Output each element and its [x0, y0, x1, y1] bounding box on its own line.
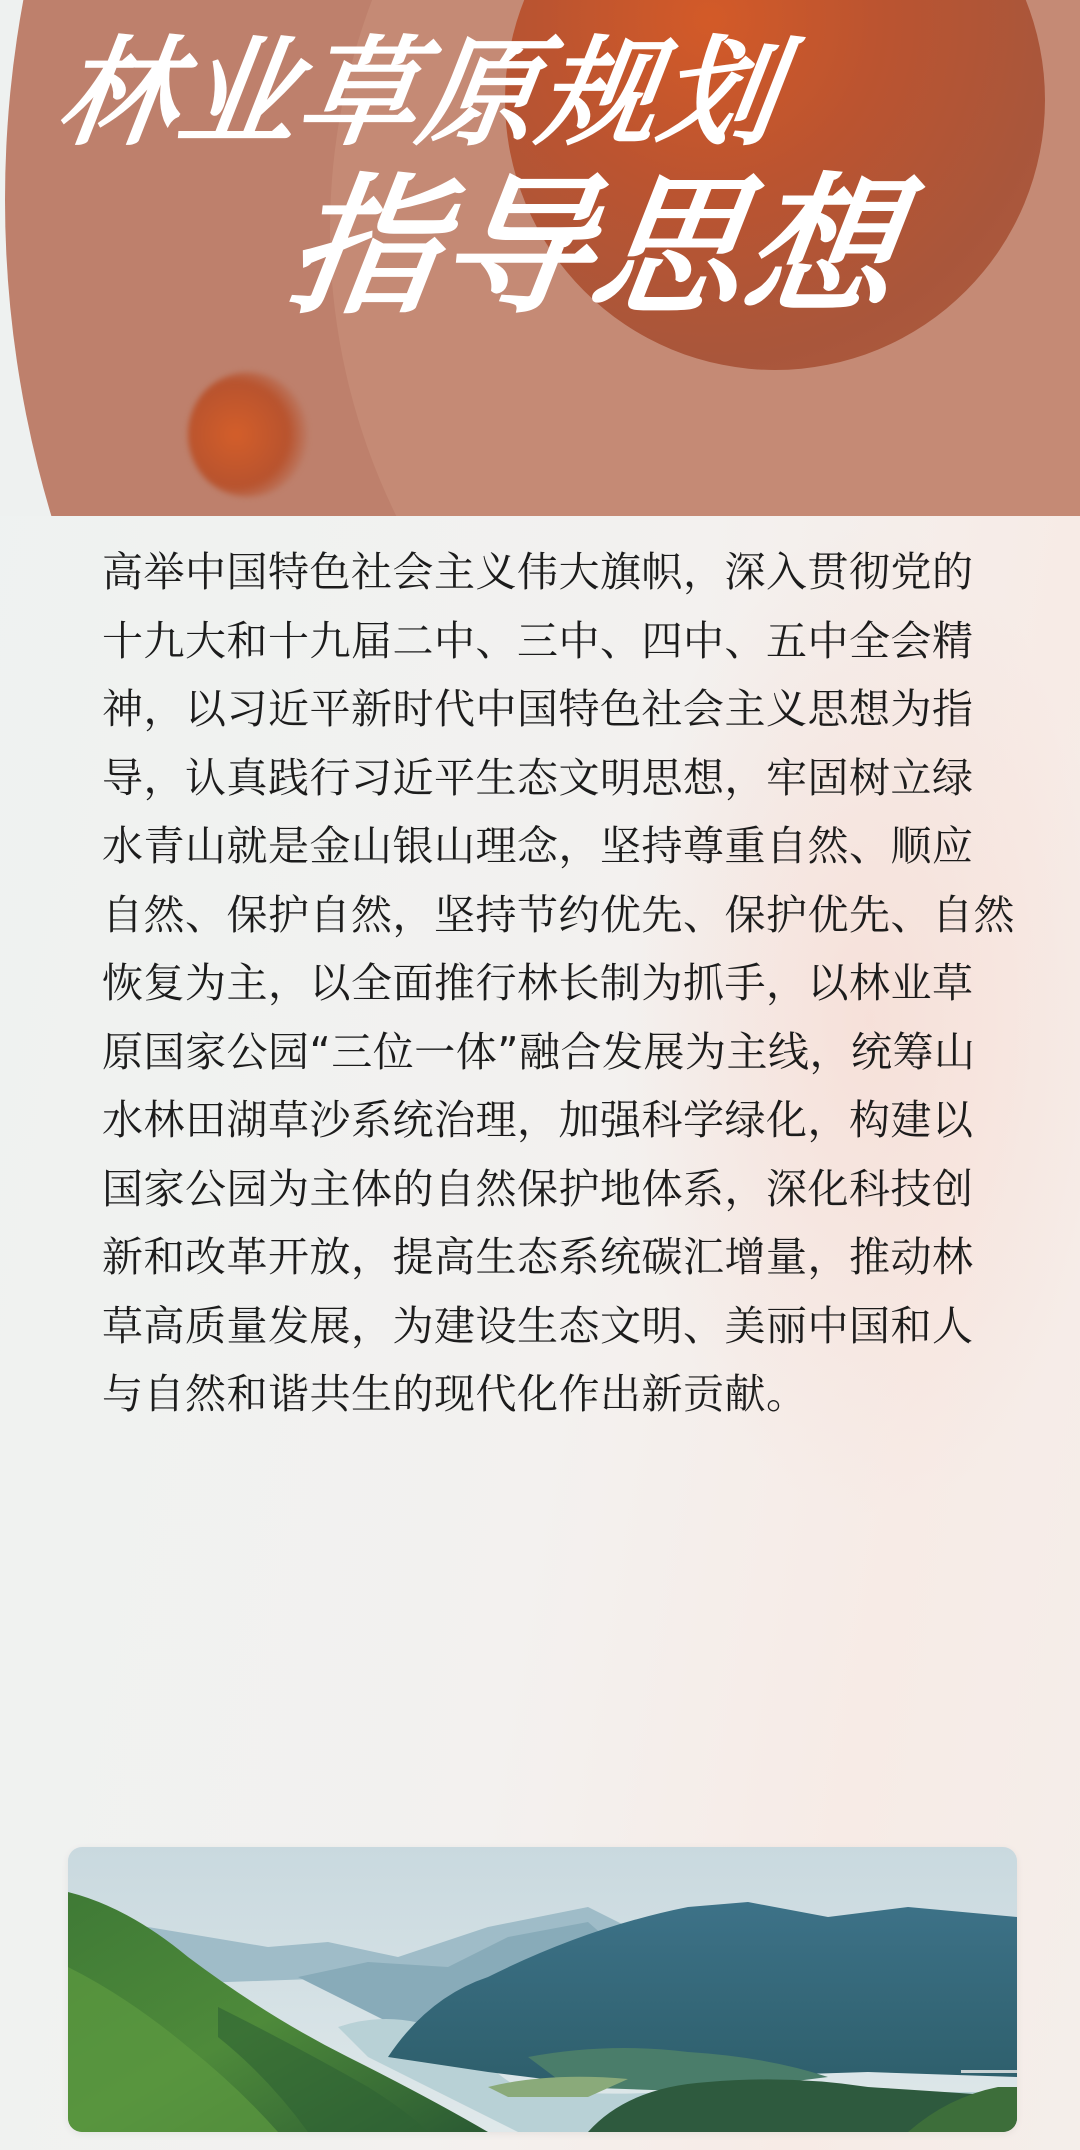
paragraph-line: 与自然和谐共生的现代化作出新贡献。	[102, 1360, 982, 1429]
banner-orb-decoration	[188, 372, 308, 497]
paragraph-line: 新和改革开放，提高生态系统碳汇增量，推动林	[102, 1223, 982, 1292]
paragraph-line: 自然、保护自然，坚持节约优先、保护优先、自然	[102, 881, 982, 950]
paragraph-line: 神，以习近平新时代中国特色社会主义思想为指	[102, 675, 982, 744]
paragraph-line: 国家公园为主体的自然保护地体系，深化科技创	[102, 1155, 982, 1224]
title-line-2: 指导思想	[279, 168, 910, 328]
mountain-river-image	[68, 1847, 1017, 2132]
paragraph-line: 导，认真践行习近平生态文明思想，牢固树立绿	[102, 744, 982, 813]
paragraph-line: 水青山就是金山银山理念，坚持尊重自然、顺应	[102, 812, 982, 881]
paragraph-line: 原国家公园“三位一体”融合发展为主线，统筹山	[102, 1018, 982, 1087]
paragraph-line: 水林田湖草沙系统治理，加强科学绿化，构建以	[102, 1086, 982, 1155]
paragraph-line: 高举中国特色社会主义伟大旗帜，深入贯彻党的	[102, 538, 982, 607]
header-banner: 林业草原规划 指导思想	[0, 0, 1080, 516]
paragraph-line: 草高质量发展，为建设生态文明、美丽中国和人	[102, 1292, 982, 1361]
title-line-1: 林业草原规划	[51, 28, 789, 158]
landscape-photo	[68, 1847, 1017, 2132]
guiding-ideology-paragraph: 高举中国特色社会主义伟大旗帜，深入贯彻党的 十九大和十九届二中、三中、四中、五中…	[102, 538, 982, 1429]
paragraph-line: 恢复为主，以全面推行林长制为抓手，以林业草	[102, 949, 982, 1018]
paragraph-line: 十九大和十九届二中、三中、四中、五中全会精	[102, 607, 982, 676]
